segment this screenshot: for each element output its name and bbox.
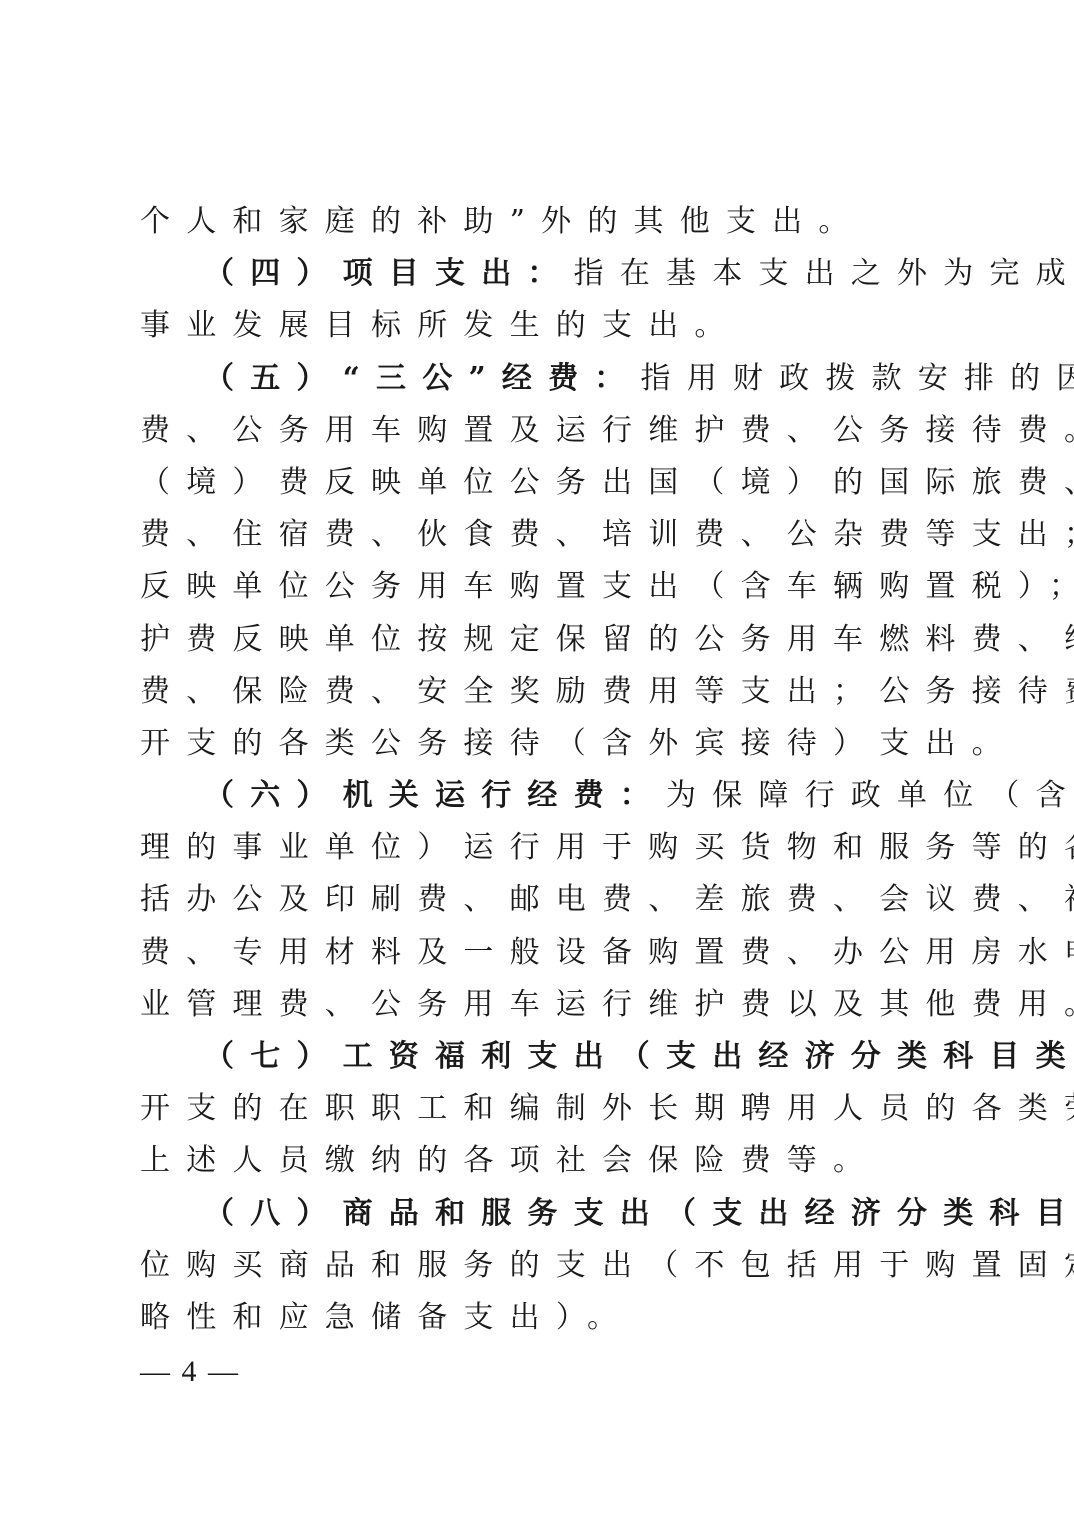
section-heading-seven: （七）工资福利支出（支出经济分类科目类级）： xyxy=(204,1039,1074,1074)
text-line-8: 反映单位公务用车购置支出（含车辆购置税）；公务用车运行维 xyxy=(140,561,940,613)
text-line-15: 费、专用材料及一般设备购置费、办公用房水电费、办公用房物 xyxy=(140,927,940,979)
section-heading-four: （四）项目支出： xyxy=(204,256,574,291)
line-text: 指用财政拨款安排的因公出国（境） xyxy=(641,361,1074,396)
text-line-20: （八）商品和服务支出（支出经济分类科目类级）：反映单 xyxy=(140,1188,940,1240)
text-line-2: （四）项目支出：指在基本支出之外为完成特定行政任务和 xyxy=(140,248,940,300)
text-line-7: 费、住宿费、伙食费、培训费、公杂费等支出；公务用车购置费 xyxy=(140,509,940,561)
text-line-19: 上述人员缴纳的各项社会保险费等。 xyxy=(140,1135,940,1187)
line-text: 费、保险费、安全奖励费用等支出；公务接待费反映单位按规定 xyxy=(140,674,1074,709)
section-heading-eight: （八）商品和服务支出（支出经济分类科目类级）： xyxy=(204,1196,1074,1231)
line-text: 开支的各类公务接待（含外宾接待）支出。 xyxy=(140,726,1018,761)
text-line-13: 理的事业单位）运行用于购买货物和服务等的各项公用经费，包 xyxy=(140,822,940,874)
line-text: 指在基本支出之外为完成特定行政任务和 xyxy=(574,256,1074,291)
line-text: 费、公务用车购置及运行维护费、公务接待费。其中，因公出国 xyxy=(140,413,1074,448)
line-text: 费、专用材料及一般设备购置费、办公用房水电费、办公用房物 xyxy=(140,935,1074,970)
line-text: 位购买商品和服务的支出（不包括用于购置固定资产的支出、战 xyxy=(140,1248,1074,1283)
document-page: 个人和家庭的补助”外的其他支出。 （四）项目支出：指在基本支出之外为完成特定行政… xyxy=(140,196,940,1344)
page-number: — 4 — xyxy=(140,1355,240,1389)
text-line-16: 业管理费、公务用车运行维护费以及其他费用。 xyxy=(140,979,940,1031)
line-text: 开支的在职职工和编制外长期聘用人员的各类劳动报酬，以及为 xyxy=(140,1091,1074,1126)
text-line-14: 括办公及印刷费、邮电费、差旅费、会议费、福利费、日常维护 xyxy=(140,874,940,926)
line-text: （境）费反映单位公务出国（境）的国际旅费、国外城市间交通 xyxy=(140,465,1074,500)
line-text: 费、住宿费、伙食费、培训费、公杂费等支出；公务用车购置费 xyxy=(140,517,1074,552)
section-heading-five: （五）“三公”经费： xyxy=(204,361,641,396)
text-line-21: 位购买商品和服务的支出（不包括用于购置固定资产的支出、战 xyxy=(140,1240,940,1292)
text-line-22: 略性和应急储备支出）。 xyxy=(140,1292,940,1344)
text-line-10: 费、保险费、安全奖励费用等支出；公务接待费反映单位按规定 xyxy=(140,666,940,718)
line-text: 为保障行政单位（含参照公务员法管 xyxy=(666,778,1074,813)
line-text: 括办公及印刷费、邮电费、差旅费、会议费、福利费、日常维护 xyxy=(140,882,1074,917)
text-line-18: 开支的在职职工和编制外长期聘用人员的各类劳动报酬，以及为 xyxy=(140,1083,940,1135)
line-text: 上述人员缴纳的各项社会保险费等。 xyxy=(140,1143,879,1178)
line-text: 业管理费、公务用车运行维护费以及其他费用。 xyxy=(140,987,1074,1022)
text-line-12: （六）机关运行经费：为保障行政单位（含参照公务员法管 xyxy=(140,770,940,822)
line-text: 个人和家庭的补助”外的其他支出。 xyxy=(140,204,865,239)
text-line-6: （境）费反映单位公务出国（境）的国际旅费、国外城市间交通 xyxy=(140,457,940,509)
text-line-1: 个人和家庭的补助”外的其他支出。 xyxy=(140,196,940,248)
section-heading-six: （六）机关运行经费： xyxy=(204,778,666,813)
text-line-17: （七）工资福利支出（支出经济分类科目类级）：反映单位 xyxy=(140,1031,940,1083)
text-line-3: 事业发展目标所发生的支出。 xyxy=(140,300,940,352)
text-line-5: 费、公务用车购置及运行维护费、公务接待费。其中，因公出国 xyxy=(140,405,940,457)
line-text: 略性和应急储备支出）。 xyxy=(140,1300,633,1335)
text-line-11: 开支的各类公务接待（含外宾接待）支出。 xyxy=(140,718,940,770)
text-line-4: （五）“三公”经费：指用财政拨款安排的因公出国（境） xyxy=(140,353,940,405)
line-text: 理的事业单位）运行用于购买货物和服务等的各项公用经费，包 xyxy=(140,830,1074,865)
line-text: 反映单位公务用车购置支出（含车辆购置税）；公务用车运行维 xyxy=(140,569,1074,604)
text-line-9: 护费反映单位按规定保留的公务用车燃料费、维修费、过路过桥 xyxy=(140,614,940,666)
line-text: 事业发展目标所发生的支出。 xyxy=(140,308,741,343)
line-text: 护费反映单位按规定保留的公务用车燃料费、维修费、过路过桥 xyxy=(140,622,1074,657)
